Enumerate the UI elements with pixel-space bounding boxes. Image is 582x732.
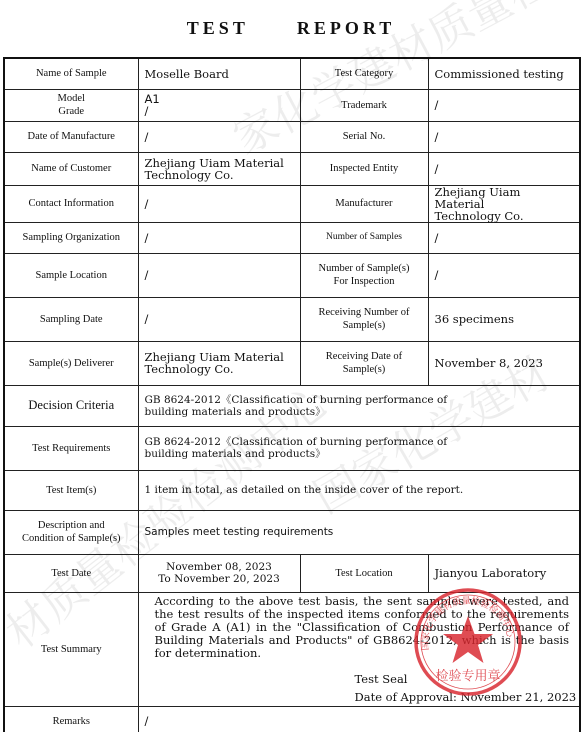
- label-date-of-manufacture: Date of Manufacture: [4, 121, 138, 152]
- label-receiving-date: Receiving Date ofSample(s): [300, 341, 428, 385]
- value-contact-information: /: [138, 185, 300, 222]
- table-row: Test Date November 08, 2023To November 2…: [4, 554, 580, 592]
- table-row: Sampling Date / Receiving Number ofSampl…: [4, 297, 580, 341]
- value-test-items: 1 item in total, as detailed on the insi…: [138, 470, 580, 510]
- value-model-grade: A1/: [138, 89, 300, 121]
- report-table: Name of Sample Moselle Board Test Catego…: [3, 57, 581, 732]
- label-inspected-entity: Inspected Entity: [300, 152, 428, 185]
- label-test-items: Test Item(s): [4, 470, 138, 510]
- value-name-of-customer: Zhejiang Uiam MaterialTechnology Co.: [138, 152, 300, 185]
- value-sample-deliverer: Zhejiang Uiam MaterialTechnology Co.: [138, 341, 300, 385]
- document-title: TESTREPORT: [0, 18, 582, 39]
- label-number-of-samples: Number of Samples: [300, 222, 428, 253]
- table-row: Sample Location / Number of Sample(s)For…: [4, 253, 580, 297]
- label-decision-criteria: Decision Criteria: [4, 385, 138, 426]
- label-name-of-sample: Name of Sample: [4, 58, 138, 89]
- value-test-date: November 08, 2023To November 20, 2023: [138, 554, 300, 592]
- title-word-report: REPORT: [297, 18, 395, 39]
- value-receiving-number: 36 specimens: [428, 297, 580, 341]
- value-serial-no: /: [428, 121, 580, 152]
- test-seal-label: Test Seal: [355, 670, 580, 688]
- label-test-requirements: Test Requirements: [4, 426, 138, 470]
- value-test-category: Commissioned testing: [428, 58, 580, 89]
- title-word-test: TEST: [187, 18, 249, 39]
- label-sample-deliverer: Sample(s) Deliverer: [4, 341, 138, 385]
- value-number-for-inspection: /: [428, 253, 580, 297]
- value-sampling-date: /: [138, 297, 300, 341]
- value-test-requirements: GB 8624-2012《Classification of burning p…: [138, 426, 580, 470]
- value-date-of-manufacture: /: [138, 121, 300, 152]
- label-manufacturer: Manufacturer: [300, 185, 428, 222]
- table-row: Test Item(s) 1 item in total, as detaile…: [4, 470, 580, 510]
- value-name-of-sample: Moselle Board: [138, 58, 300, 89]
- label-serial-no: Serial No.: [300, 121, 428, 152]
- label-test-location: Test Location: [300, 554, 428, 592]
- table-row: Decision Criteria GB 8624-2012《Classific…: [4, 385, 580, 426]
- table-row: Sample(s) Deliverer Zhejiang Uiam Materi…: [4, 341, 580, 385]
- value-decision-criteria: GB 8624-2012《Classification of burning p…: [138, 385, 580, 426]
- value-number-of-samples: /: [428, 222, 580, 253]
- label-model-grade: ModelGrade: [4, 89, 138, 121]
- table-row: Name of Customer Zhejiang Uiam MaterialT…: [4, 152, 580, 185]
- value-sample-location: /: [138, 253, 300, 297]
- value-manufacturer: Zhejiang Uiam MaterialTechnology Co.: [428, 185, 580, 222]
- label-sampling-date: Sampling Date: [4, 297, 138, 341]
- seal-block: Test Seal Date of Approval: November 21,…: [139, 670, 580, 706]
- label-test-date: Test Date: [4, 554, 138, 592]
- value-receiving-date: November 8, 2023: [428, 341, 580, 385]
- label-test-category: Test Category: [300, 58, 428, 89]
- label-sample-location: Sample Location: [4, 253, 138, 297]
- value-test-location: Jianyou Laboratory: [428, 554, 580, 592]
- value-description: Samples meet testing requirements: [138, 510, 580, 554]
- label-number-for-inspection: Number of Sample(s)For Inspection: [300, 253, 428, 297]
- label-receiving-number: Receiving Number ofSample(s): [300, 297, 428, 341]
- label-name-of-customer: Name of Customer: [4, 152, 138, 185]
- label-sampling-organization: Sampling Organization: [4, 222, 138, 253]
- value-trademark: /: [428, 89, 580, 121]
- label-description: Description andCondition of Sample(s): [4, 510, 138, 554]
- table-row: Description andCondition of Sample(s) Sa…: [4, 510, 580, 554]
- table-row: Sampling Organization / Number of Sample…: [4, 222, 580, 253]
- table-row: Test Requirements GB 8624-2012《Classific…: [4, 426, 580, 470]
- label-remarks: Remarks: [4, 706, 138, 732]
- label-test-summary: Test Summary: [4, 592, 138, 706]
- label-contact-information: Contact Information: [4, 185, 138, 222]
- summary-text: According to the above test basis, the s…: [139, 593, 580, 660]
- table-row: ModelGrade A1/ Trademark /: [4, 89, 580, 121]
- table-row: Contact Information / Manufacturer Zheji…: [4, 185, 580, 222]
- approval-date: Date of Approval: November 21, 2023: [355, 688, 580, 706]
- value-test-summary: According to the above test basis, the s…: [138, 592, 580, 706]
- value-sampling-organization: /: [138, 222, 300, 253]
- table-row: Remarks /: [4, 706, 580, 732]
- table-row: Name of Sample Moselle Board Test Catego…: [4, 58, 580, 89]
- table-row: Test Summary According to the above test…: [4, 592, 580, 706]
- label-trademark: Trademark: [300, 89, 428, 121]
- value-inspected-entity: /: [428, 152, 580, 185]
- table-row: Date of Manufacture / Serial No. /: [4, 121, 580, 152]
- value-remarks: /: [138, 706, 580, 732]
